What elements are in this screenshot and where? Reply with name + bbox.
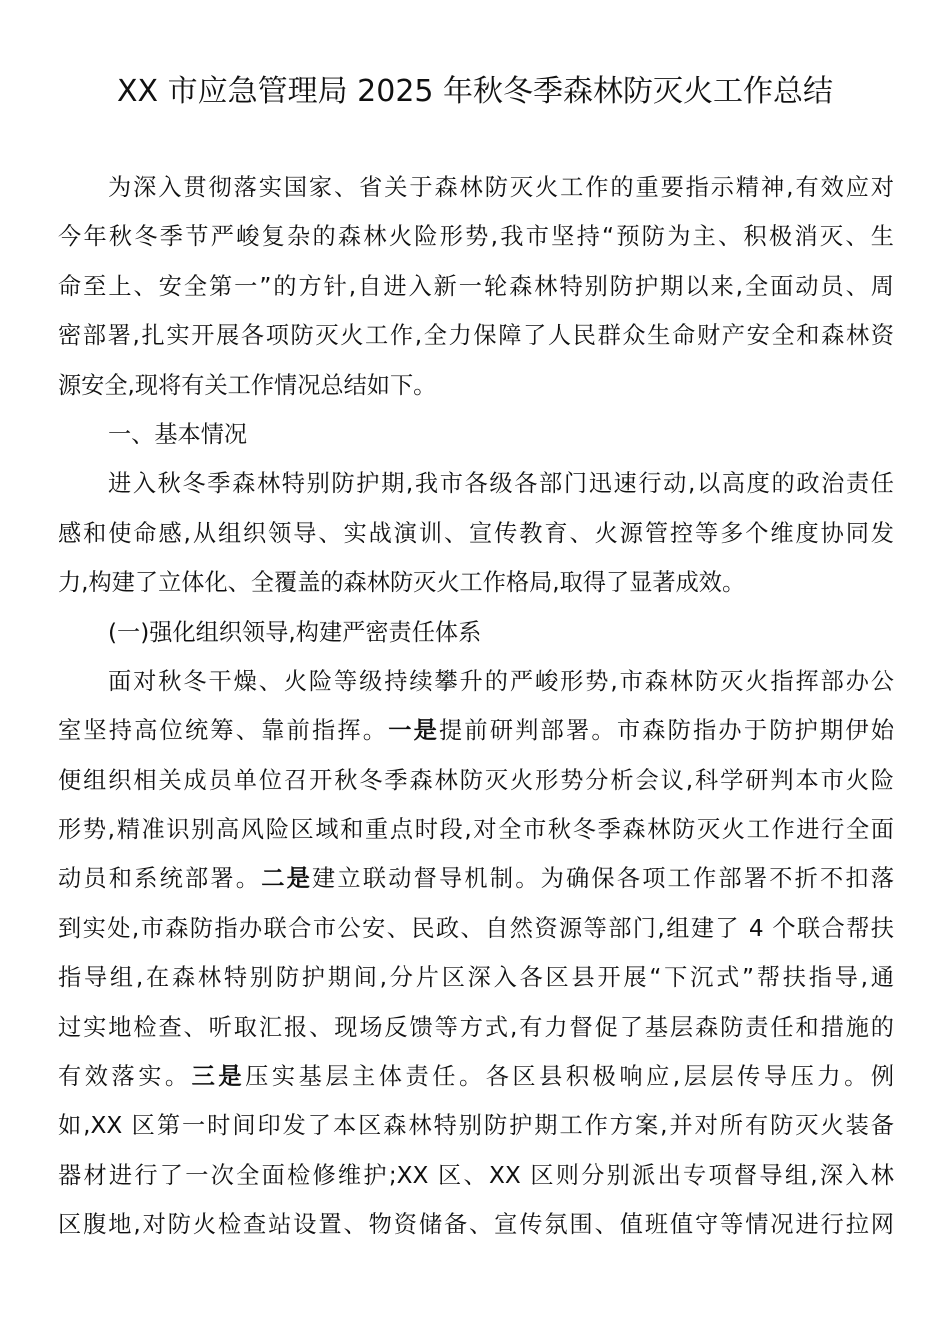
paragraph-line: 进入秋冬季森林特别防护期,我市各级各部门迅速行动,以高度的政治责任 (58, 459, 894, 508)
text-run: 室坚持高位统筹、靠前指挥。 (58, 717, 388, 744)
paragraph-line: 便组织相关成员单位召开秋冬季森林防灭火形势分析会议,科学研判本市火险 (58, 756, 894, 805)
paragraph-line: 器材进行了一次全面检修维护;XX 区、XX 区则分别派出专项督导组,深入林 (58, 1151, 894, 1200)
text-run: 压实基层主体责任。各区县积极响应,层层传导压力。例 (245, 1063, 894, 1090)
text-run: 建立联动督导机制。为确保各项工作部署不折不扣落 (312, 865, 894, 892)
document-title: XX 市应急管理局 2025 年秋冬季森林防灭火工作总结 (0, 70, 950, 114)
paragraph-line: 指导组,在森林特别防护期间,分片区深入各区县开展“下沉式”帮扶指导,通 (58, 953, 894, 1002)
paragraph-line: 命至上、安全第一”的方针,自进入新一轮森林特别防护期以来,全面动员、周 (58, 262, 894, 311)
paragraph-line: 力,构建了立体化、全覆盖的森林防灭火工作格局,取得了显著成效。 (58, 558, 894, 607)
bold-keyword: 三是 (192, 1063, 245, 1090)
bold-keyword: 二是 (261, 865, 312, 892)
document-page: XX 市应急管理局 2025 年秋冬季森林防灭火工作总结 为深入贯彻落实国家、省… (0, 0, 950, 1344)
paragraph-line: 过实地检查、听取汇报、现场反馈等方式,有力督促了基层森防责任和措施的 (58, 1003, 894, 1052)
paragraph-line: 有效落实。三是压实基层主体责任。各区县积极响应,层层传导压力。例 (58, 1052, 894, 1101)
paragraph-line: 区腹地,对防火检查站设置、物资储备、宣传氛围、值班值守等情况进行拉网 (58, 1200, 894, 1249)
document-body: 为深入贯彻落实国家、省关于森林防灭火工作的重要指示精神,有效应对 今年秋冬季节严… (58, 163, 894, 1250)
paragraph-line: 到实处,市森防指办联合市公安、民政、自然资源等部门,组建了 4 个联合帮扶 (58, 904, 894, 953)
paragraph-line: 密部署,扎实开展各项防灭火工作,全力保障了人民群众生命财产安全和森林资 (58, 311, 894, 360)
paragraph-line: 今年秋冬季节严峻复杂的森林火险形势,我市坚持“预防为主、积极消灭、生 (58, 212, 894, 261)
paragraph-line: 感和使命感,从组织领导、实战演训、宣传教育、火源管控等多个维度协同发 (58, 509, 894, 558)
section-heading: 一、基本情况 (58, 410, 894, 459)
paragraph-line: 动员和系统部署。二是建立联动督导机制。为确保各项工作部署不折不扣落 (58, 854, 894, 903)
paragraph-line: 面对秋冬干燥、火险等级持续攀升的严峻形势,市森林防灭火指挥部办公 (58, 657, 894, 706)
paragraph-line: 为深入贯彻落实国家、省关于森林防灭火工作的重要指示精神,有效应对 (58, 163, 894, 212)
paragraph-line: 室坚持高位统筹、靠前指挥。一是提前研判部署。市森防指办于防护期伊始 (58, 706, 894, 755)
text-run: 动员和系统部署。 (58, 865, 261, 892)
paragraph-line: 源安全,现将有关工作情况总结如下。 (58, 361, 894, 410)
subsection-heading: (一)强化组织领导,构建严密责任体系 (58, 608, 894, 657)
text-run: 提前研判部署。市森防指办于防护期伊始 (439, 717, 894, 744)
paragraph-line: 形势,精准识别高风险区域和重点时段,对全市秋冬季森林防灭火工作进行全面 (58, 805, 894, 854)
paragraph-line: 如,XX 区第一时间印发了本区森林特别防护期工作方案,并对所有防灭火装备 (58, 1101, 894, 1150)
text-run: 有效落实。 (58, 1063, 192, 1090)
bold-keyword: 一是 (388, 717, 439, 744)
